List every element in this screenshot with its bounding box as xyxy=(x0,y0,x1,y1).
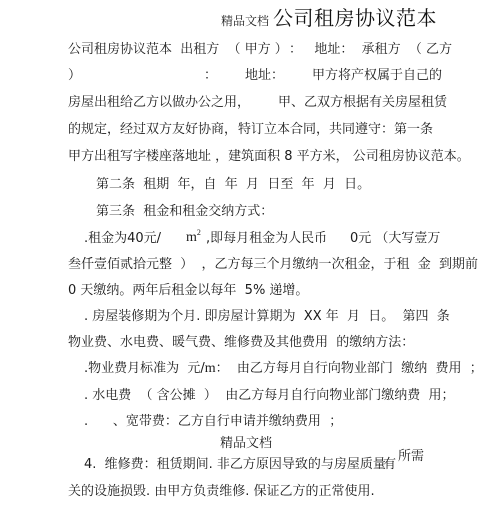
rent-rate-text: .租金为40元/ xyxy=(84,231,161,247)
parties-line-2d: 甲方将产权属于自己的 xyxy=(312,68,442,84)
parties-line-2a: ） xyxy=(68,68,81,84)
document-title: 公司租房协议范本 xyxy=(273,5,437,31)
rent-monthly-text: ,即每月租金为人民币 xyxy=(206,231,327,247)
utility-fee-text: . 水电费 （ 含公摊 ） 由乙方每月自行向物业部门缴纳费 用； xyxy=(84,388,454,404)
rent-amount-text: 0元 （大写壹万 xyxy=(350,231,440,247)
maintenance-responsibility-text: 关的设施损毁. 由甲方负责维修. 保证乙方的正常使用. xyxy=(68,484,375,500)
intro-line-3b: 甲、乙双方根据有关房屋租赁 xyxy=(278,95,447,111)
intro-line-4a: 的规定，经过双方友好协商， xyxy=(68,122,237,138)
article-1-text: 甲方出租写字楼座落地址 ，建筑面积 8 平方米， 公司租房协议范本。 xyxy=(68,149,470,165)
article-1-heading: 第一条 xyxy=(394,122,433,138)
article-4-heading: 物业费、水电费、暖气费、维修费及其他费用 的缴纳方法： xyxy=(68,335,414,351)
property-fee-text: .物业费月标准为 元/m： 由乙方每月自行向物业部门 缴纳 费用 ； xyxy=(84,361,483,377)
broadband-fee-text: . 、宽带费：乙方自行申请并缴纳费用 ； xyxy=(84,414,342,430)
rent-unit: m2 xyxy=(186,230,201,246)
rent-increase-text: 0 天缴纳。两年后租金以每年 5% 递增。 xyxy=(68,283,308,299)
intro-line-3a: 房屋出租给乙方以做办公之用， xyxy=(68,95,250,111)
maintenance-fee-text-c: 所需 xyxy=(398,445,424,464)
footer-watermark: 精品文档 xyxy=(220,432,272,451)
article-2-term: 第二条 租期 年，自 年 月 日至 年 月 日。 xyxy=(96,177,370,193)
parties-line-1a: 公司租房协议范本 出租方 （ 甲方 ） xyxy=(68,42,288,58)
maintenance-fee-text-b: 有 xyxy=(383,457,396,473)
parties-line-2b: ： xyxy=(204,68,217,84)
intro-line-4b: 特订立本合同，共同遵守： xyxy=(238,122,394,138)
header-watermark: 精品文档 xyxy=(221,12,269,29)
parties-line-1b: ： 地址： 承租方 （ 乙方 xyxy=(289,42,452,58)
article-3-heading: 第三条 租金和租金交纳方式： xyxy=(96,204,273,220)
maintenance-fee-text: 4. 维修费：租赁期间. 非乙方原因导致的与房屋质量 xyxy=(84,457,386,473)
document-page: 精品文档 公司租房协议范本 公司租房协议范本 出租方 （ 甲方 ） ： 地址： … xyxy=(0,0,500,516)
parties-line-2c: 地址： xyxy=(245,68,284,84)
renovation-period-text: . 房屋装修期为个月. 即房屋计算期为 XX 年 月 日。 第四 条 xyxy=(84,309,450,325)
rent-payment-text: 叁仟壹佰贰拾元整 ） ，乙方每三个月缴纳一次租金，于租 金 到期前 xyxy=(68,257,478,273)
